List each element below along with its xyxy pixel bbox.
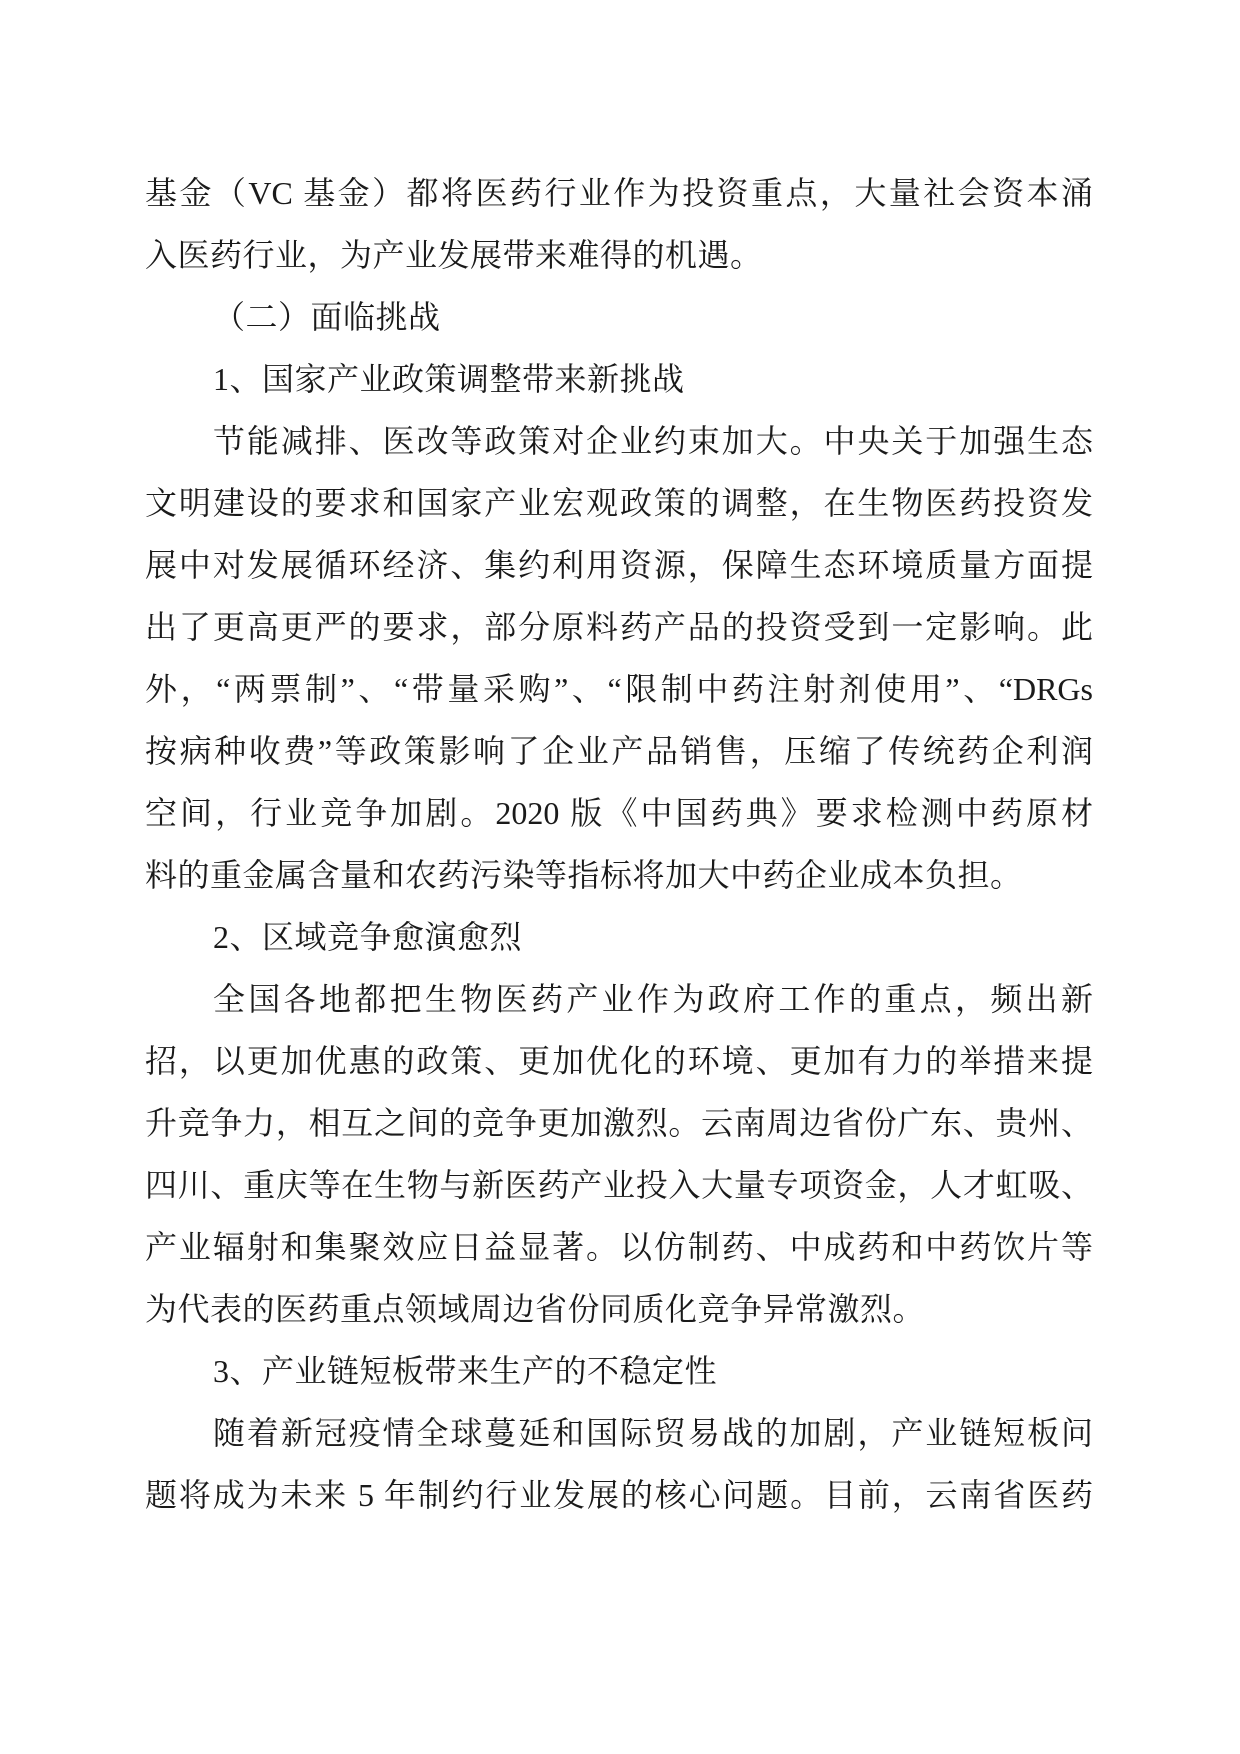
text-line: 题将成为未来 5 年制约行业发展的核心问题。目前，云南省医药: [145, 1464, 1093, 1526]
text-line: 2、区域竞争愈演愈烈: [145, 906, 1093, 968]
text-line: 文明建设的要求和国家产业宏观政策的调整，在生物医药投资发: [145, 472, 1093, 534]
text-line: 入医药行业，为产业发展带来难得的机遇。: [145, 224, 1093, 286]
text-line: 1、国家产业政策调整带来新挑战: [145, 348, 1093, 410]
text-line: 外，“两票制”、“带量采购”、“限制中药注射剂使用”、“DRGs: [145, 658, 1093, 720]
text-line: 升竞争力，相互之间的竞争更加激烈。云南周边省份广东、贵州、: [145, 1092, 1093, 1154]
text-line: 空间，行业竞争加剧。2020 版《中国药典》要求检测中药原材: [145, 782, 1093, 844]
text-line: 招，以更加优惠的政策、更加优化的环境、更加有力的举措来提: [145, 1030, 1093, 1092]
text-line: （二）面临挑战: [145, 286, 1093, 348]
text-line: 按病种收费”等政策影响了企业产品销售，压缩了传统药企利润: [145, 720, 1093, 782]
text-line: 产业辐射和集聚效应日益显著。以仿制药、中成药和中药饮片等: [145, 1216, 1093, 1278]
document-text-block: 基金（VC 基金）都将医药行业作为投资重点，大量社会资本涌入医药行业，为产业发展…: [145, 162, 1093, 1526]
document-page: 基金（VC 基金）都将医药行业作为投资重点，大量社会资本涌入医药行业，为产业发展…: [0, 0, 1240, 1754]
text-line: 全国各地都把生物医药产业作为政府工作的重点，频出新: [145, 968, 1093, 1030]
text-line: 随着新冠疫情全球蔓延和国际贸易战的加剧，产业链短板问: [145, 1402, 1093, 1464]
text-line: 为代表的医药重点领域周边省份同质化竞争异常激烈。: [145, 1278, 1093, 1340]
text-line: 展中对发展循环经济、集约利用资源，保障生态环境质量方面提: [145, 534, 1093, 596]
text-line: 四川、重庆等在生物与新医药产业投入大量专项资金，人才虹吸、: [145, 1154, 1093, 1216]
text-line: 节能减排、医改等政策对企业约束加大。中央关于加强生态: [145, 410, 1093, 472]
text-line: 料的重金属含量和农药污染等指标将加大中药企业成本负担。: [145, 844, 1093, 906]
text-line: 出了更高更严的要求，部分原料药产品的投资受到一定影响。此: [145, 596, 1093, 658]
text-line: 基金（VC 基金）都将医药行业作为投资重点，大量社会资本涌: [145, 162, 1093, 224]
text-line: 3、产业链短板带来生产的不稳定性: [145, 1340, 1093, 1402]
